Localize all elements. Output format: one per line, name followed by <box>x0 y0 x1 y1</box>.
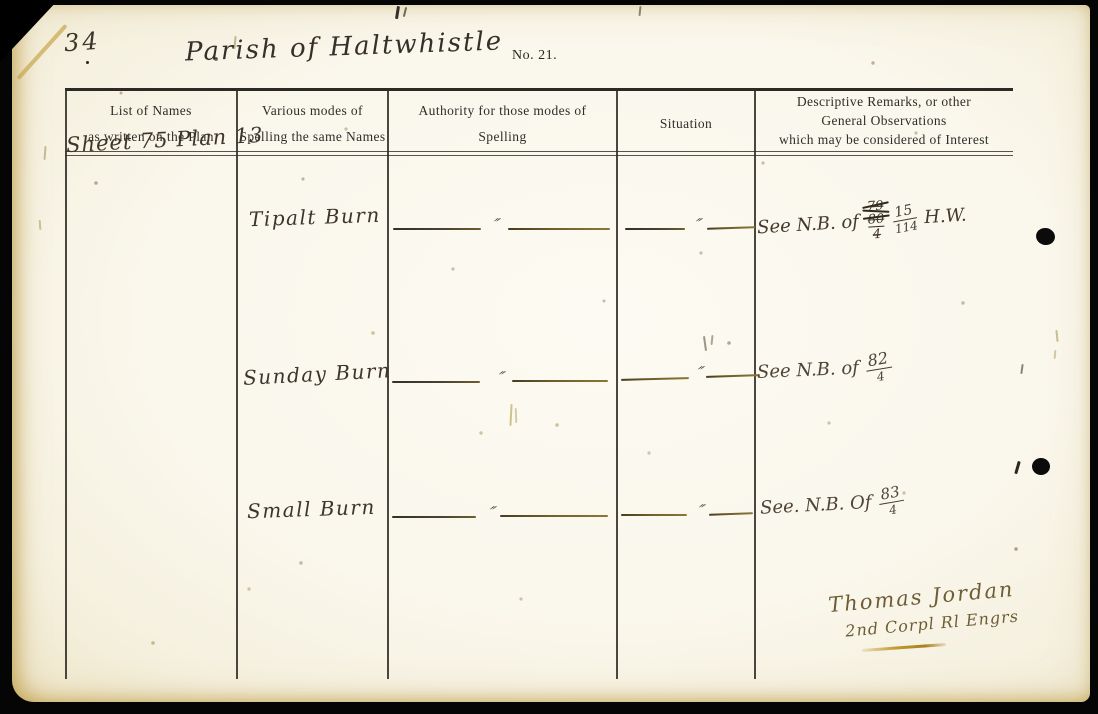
ditto-line <box>392 381 480 383</box>
remark-text: See N.B. of <box>757 358 860 383</box>
remark-initials: H.W. <box>923 205 967 229</box>
ditto-line <box>508 228 610 230</box>
torn-corner <box>0 0 58 62</box>
row-remark: See N.B. of 82 4 <box>756 351 892 388</box>
column-divider-1 <box>236 89 238 679</box>
remark-text: See. N.B. Of <box>760 491 872 518</box>
reference-fraction: 83 4 <box>876 484 906 518</box>
ditto-line <box>621 514 687 516</box>
page-number: 34 <box>63 27 101 57</box>
header-separator-line-2 <box>65 155 1013 156</box>
table-left-border <box>65 89 67 679</box>
table-top-border <box>65 88 1013 91</box>
ditto-line <box>512 380 608 382</box>
ditto-line <box>625 228 685 230</box>
row-remark: See. N.B. Of 83 4 <box>759 485 904 522</box>
header-separator-line-1 <box>65 151 1013 152</box>
column-divider-3 <box>616 89 618 679</box>
punch-hole <box>1032 458 1050 475</box>
scanned-document-page: 34 Parish of Haltwhistle No. 21. List of… <box>0 0 1098 714</box>
ink-dot <box>86 61 89 64</box>
column-header-situation: Situation <box>617 111 755 137</box>
reference-fraction: 15 114 <box>891 202 920 235</box>
column-header-remarks: Descriptive Remarks, or other General Ob… <box>755 92 1013 149</box>
remark-text: See N.B. of <box>757 211 860 238</box>
column-header-authority: Authority for those modes of Spelling <box>388 98 617 150</box>
speck <box>0 0 2 2</box>
ditto-line <box>392 516 476 518</box>
row-name: Tipalt Burn <box>249 203 382 232</box>
folio-number-label: No. 21. <box>512 48 557 64</box>
column-divider-2 <box>387 89 389 679</box>
column-divider-4 <box>754 89 756 679</box>
row-name: Small Burn <box>247 495 377 523</box>
ditto-line <box>393 228 481 230</box>
reference-fraction: 82 4 <box>863 350 894 385</box>
ditto-line <box>500 515 608 517</box>
deleted-reference: 79 80 4 <box>865 200 888 242</box>
